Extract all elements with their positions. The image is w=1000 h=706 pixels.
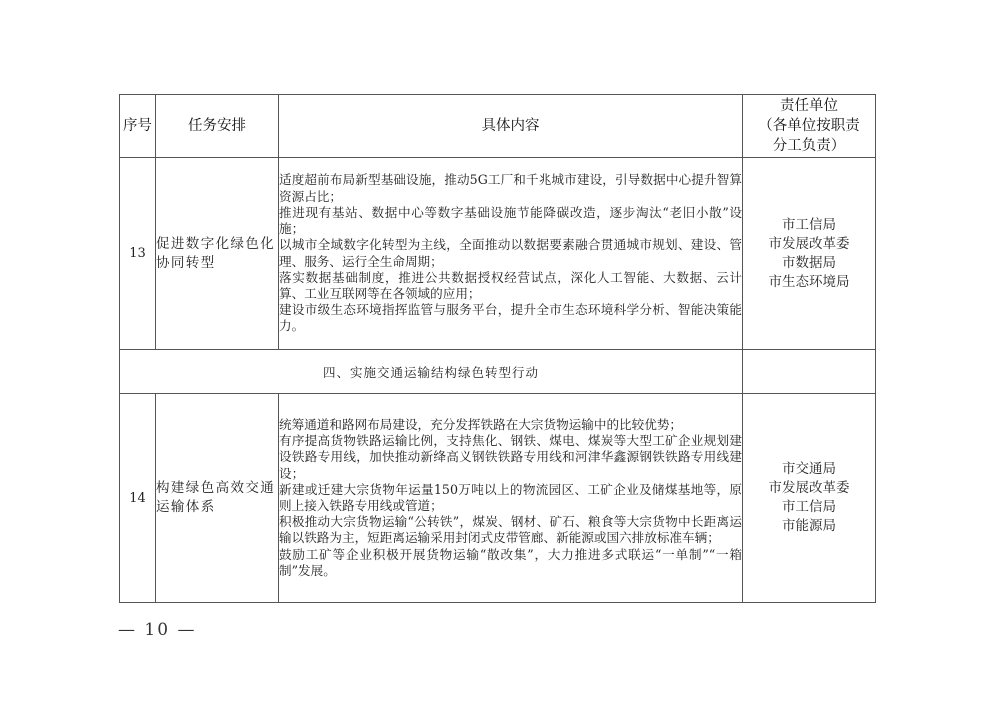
unit: 市交通局 xyxy=(743,460,875,479)
row-index: 13 xyxy=(120,158,156,350)
content-item: 建设市级生态环境指挥监管与服务平台，提升全市生态环境科学分析、智能决策能力。 xyxy=(279,302,742,334)
row-content: 适度超前布局新型基础设施，推动5G工厂和千兆城市建设，引导数据中心提升智算资源占… xyxy=(279,158,743,350)
content-item: 有序提高货物铁路运输比例，支持焦化、钢铁、煤电、煤炭等大型工矿企业规划建设铁路专… xyxy=(279,433,742,482)
header-responsible-units: 责任单位 （各单位按职责 分工负责） xyxy=(743,95,876,158)
row-responsible-units: 市工信局 市发展改革委 市数据局 市生态环境局 xyxy=(743,158,876,350)
content-item: 新建或迁建大宗货物年运量150万吨以上的物流园区、工矿企业及储煤基地等，原则上接… xyxy=(279,482,742,514)
header-content: 具体内容 xyxy=(279,95,743,158)
header-index: 序号 xyxy=(120,95,156,158)
content-item: 落实数据基础制度，推进公共数据授权经营试点，深化人工智能、大数据、云计算、工业互… xyxy=(279,270,742,302)
header-units-line1: 责任单位 xyxy=(743,96,875,116)
unit: 市工信局 xyxy=(743,216,875,235)
row-responsible-units: 市交通局 市发展改革委 市工信局 市能源局 xyxy=(743,394,876,603)
unit: 市发展改革委 xyxy=(743,235,875,254)
table-header-row: 序号 任务安排 具体内容 责任单位 （各单位按职责 分工负责） xyxy=(120,95,876,158)
content-item: 统筹通道和路网布局建设，充分发挥铁路在大宗货物运输中的比较优势； xyxy=(279,417,742,433)
unit: 市工信局 xyxy=(743,498,875,517)
content-item: 以城市全域数字化转型为主线，全面推动以数据要素融合贯通城市规划、建设、管理、服务… xyxy=(279,237,742,269)
section-empty-cell xyxy=(743,350,876,394)
content-item: 积极推动大宗货物运输“公转铁”，煤炭、钢材、矿石、粮食等大宗货物中长距离运输以铁… xyxy=(279,514,742,546)
row-task: 促进数字化绿色化协同转型 xyxy=(156,158,279,350)
section-header-row: 四、实施交通运输结构绿色转型行动 xyxy=(120,350,876,394)
page-number: — 10 — xyxy=(118,620,196,640)
header-units-line3: 分工负责） xyxy=(743,136,875,156)
document-page: 序号 任务安排 具体内容 责任单位 （各单位按职责 分工负责） 13 促进数字化… xyxy=(0,0,1000,706)
unit: 市生态环境局 xyxy=(743,273,875,292)
unit: 市能源局 xyxy=(743,517,875,536)
table-row: 14 构建绿色高效交通运输体系 统筹通道和路网布局建设，充分发挥铁路在大宗货物运… xyxy=(120,394,876,603)
content-item: 适度超前布局新型基础设施，推动5G工厂和千兆城市建设，引导数据中心提升智算资源占… xyxy=(279,172,742,204)
row-task: 构建绿色高效交通运输体系 xyxy=(156,394,279,603)
header-task: 任务安排 xyxy=(156,95,279,158)
content-item: 推进现有基站、数据中心等数字基础设施节能降碳改造，逐步淘汰“老旧小散”设施； xyxy=(279,205,742,237)
row-content: 统筹通道和路网布局建设，充分发挥铁路在大宗货物运输中的比较优势； 有序提高货物铁… xyxy=(279,394,743,603)
section-title: 四、实施交通运输结构绿色转型行动 xyxy=(120,350,743,394)
table-row: 13 促进数字化绿色化协同转型 适度超前布局新型基础设施，推动5G工厂和千兆城市… xyxy=(120,158,876,350)
header-units-line2: （各单位按职责 xyxy=(743,116,875,136)
unit: 市数据局 xyxy=(743,254,875,273)
task-table: 序号 任务安排 具体内容 责任单位 （各单位按职责 分工负责） 13 促进数字化… xyxy=(119,94,876,603)
unit: 市发展改革委 xyxy=(743,479,875,498)
content-item: 鼓励工矿等企业积极开展货物运输“散改集”，大力推进多式联运“一单制”“一箱制”发… xyxy=(279,547,742,579)
row-index: 14 xyxy=(120,394,156,603)
